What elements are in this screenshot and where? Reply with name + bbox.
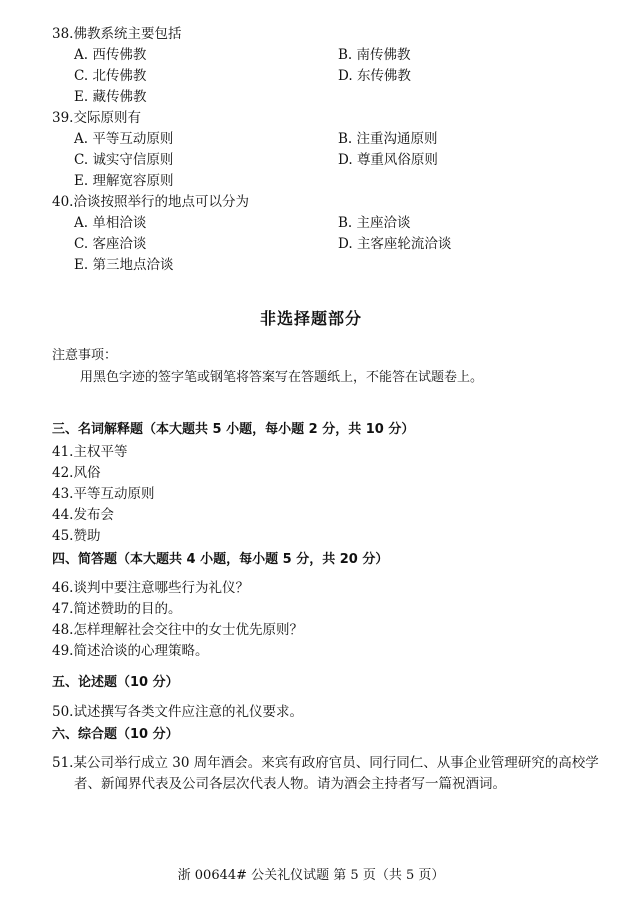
question-text: 赞助 [73,528,100,544]
option-text: 平等互动原则 [92,131,173,147]
question-text: 试述撰写各类文件应注意的礼仪要求。 [73,704,303,720]
option-text: 第三地点洽谈 [92,257,173,273]
question-38-stem: 38.佛教系统主要包括 [52,24,181,44]
option-label: E. [74,89,88,105]
option-label: A. [74,215,88,231]
option-label: C. [74,68,88,84]
question-38-option-b: B. 南传佛教 [338,45,411,65]
question-number: 46. [52,580,73,596]
option-text: 理解宽容原则 [92,173,173,189]
option-text: 西传佛教 [92,47,146,63]
question-text: 佛教系统主要包括 [73,26,181,42]
question-text: 谈判中要注意哪些行为礼仪？ [73,580,249,596]
question-text: 洽谈按照举行的地点可以分为 [73,194,249,210]
option-label: E. [74,173,88,189]
question-44: 44.发布会 [52,505,114,525]
question-41: 41.主权平等 [52,442,127,462]
notice-heading: 注意事项： [52,346,117,366]
question-40-option-d: D. 主客座轮流洽谈 [338,234,451,254]
question-39-option-e: E. 理解宽容原则 [74,171,173,191]
question-46: 46.谈判中要注意哪些行为礼仪？ [52,578,249,598]
question-43: 43.平等互动原则 [52,484,154,504]
question-number: 41. [52,444,73,460]
question-39-option-c: C. 诚实守信原则 [74,150,173,170]
option-label: C. [74,236,88,252]
question-text: 平等互动原则 [73,486,154,502]
part-6-title: 六、综合题（10 分） [52,725,179,745]
question-40-option-a: A. 单相洽谈 [74,213,146,233]
option-text: 东传佛教 [357,68,411,84]
option-label: D. [338,68,353,84]
option-label: B. [338,47,352,63]
option-text: 单相洽谈 [92,215,146,231]
part-5-title: 五、论述题（10 分） [52,673,179,693]
question-text: 发布会 [73,507,114,523]
option-text: 客座洽谈 [92,236,146,252]
question-text: 风俗 [73,465,100,481]
question-number: 40. [52,194,73,210]
option-label: A. [74,131,88,147]
question-text: 交际原则有 [73,110,141,126]
question-40-option-e: E. 第三地点洽谈 [74,255,173,275]
question-40-option-b: B. 主座洽谈 [338,213,411,233]
question-50: 50.试述撰写各类文件应注意的礼仪要求。 [52,702,303,722]
option-text: 南传佛教 [357,47,411,63]
question-text: 某公司举行成立 30 周年酒会。来宾有政府官员、同行同仁、从事企业管理研究的高校… [73,755,598,792]
option-label: B. [338,215,352,231]
question-number: 50. [52,704,73,720]
question-text: 简述赞助的目的。 [73,601,181,617]
question-39-option-a: A. 平等互动原则 [74,129,173,149]
question-number: 47. [52,601,73,617]
question-49: 49.简述洽谈的心理策略。 [52,641,208,661]
part-4-title: 四、简答题（本大题共 4 小题，每小题 5 分，共 20 分） [52,550,388,570]
section-title: 非选择题部分 [0,306,622,329]
question-number: 39. [52,110,73,126]
question-39-option-b: B. 注重沟通原则 [338,129,438,149]
question-number: 38. [52,26,73,42]
question-40-stem: 40.洽谈按照举行的地点可以分为 [52,192,249,212]
question-39-option-d: D. 尊重风俗原则 [338,150,438,170]
option-label: E. [74,257,88,273]
option-text: 注重沟通原则 [357,131,438,147]
question-number: 49. [52,643,73,659]
question-text: 简述洽谈的心理策略。 [73,643,208,659]
question-38-option-d: D. 东传佛教 [338,66,411,86]
question-number: 44. [52,507,73,523]
option-label: D. [338,152,353,168]
question-42: 42.风俗 [52,463,100,483]
option-text: 藏传佛教 [92,89,146,105]
option-label: B. [338,131,352,147]
question-38-option-c: C. 北传佛教 [74,66,146,86]
question-number: 45. [52,528,73,544]
option-text: 主座洽谈 [357,215,411,231]
option-text: 诚实守信原则 [92,152,173,168]
question-text: 怎样理解社会交往中的女士优先原则？ [73,622,303,638]
question-number: 43. [52,486,73,502]
question-number: 48. [52,622,73,638]
question-47: 47.简述赞助的目的。 [52,599,181,619]
question-51: 51.某公司举行成立 30 周年酒会。来宾有政府官员、同行同仁、从事企业管理研究… [52,753,612,795]
question-text: 主权平等 [73,444,127,460]
question-48: 48.怎样理解社会交往中的女士优先原则？ [52,620,303,640]
option-label: D. [338,236,353,252]
notice-body: 用黑色字迹的签字笔或钢笔将答案写在答题纸上，不能答在试题卷上。 [80,368,483,388]
question-number: 42. [52,465,73,481]
part-3-title: 三、名词解释题（本大题共 5 小题，每小题 2 分，共 10 分） [52,420,414,440]
option-label: A. [74,47,88,63]
question-39-stem: 39.交际原则有 [52,108,141,128]
question-number: 51. [52,755,73,771]
option-text: 主客座轮流洽谈 [357,236,452,252]
question-38-option-a: A. 西传佛教 [74,45,146,65]
option-text: 北传佛教 [92,68,146,84]
option-text: 尊重风俗原则 [357,152,438,168]
question-38-option-e: E. 藏传佛教 [74,87,146,107]
option-label: C. [74,152,88,168]
question-45: 45.赞助 [52,526,100,546]
question-40-option-c: C. 客座洽谈 [74,234,146,254]
page-footer: 浙 00644# 公关礼仪试题 第 5 页（共 5 页） [0,866,622,886]
